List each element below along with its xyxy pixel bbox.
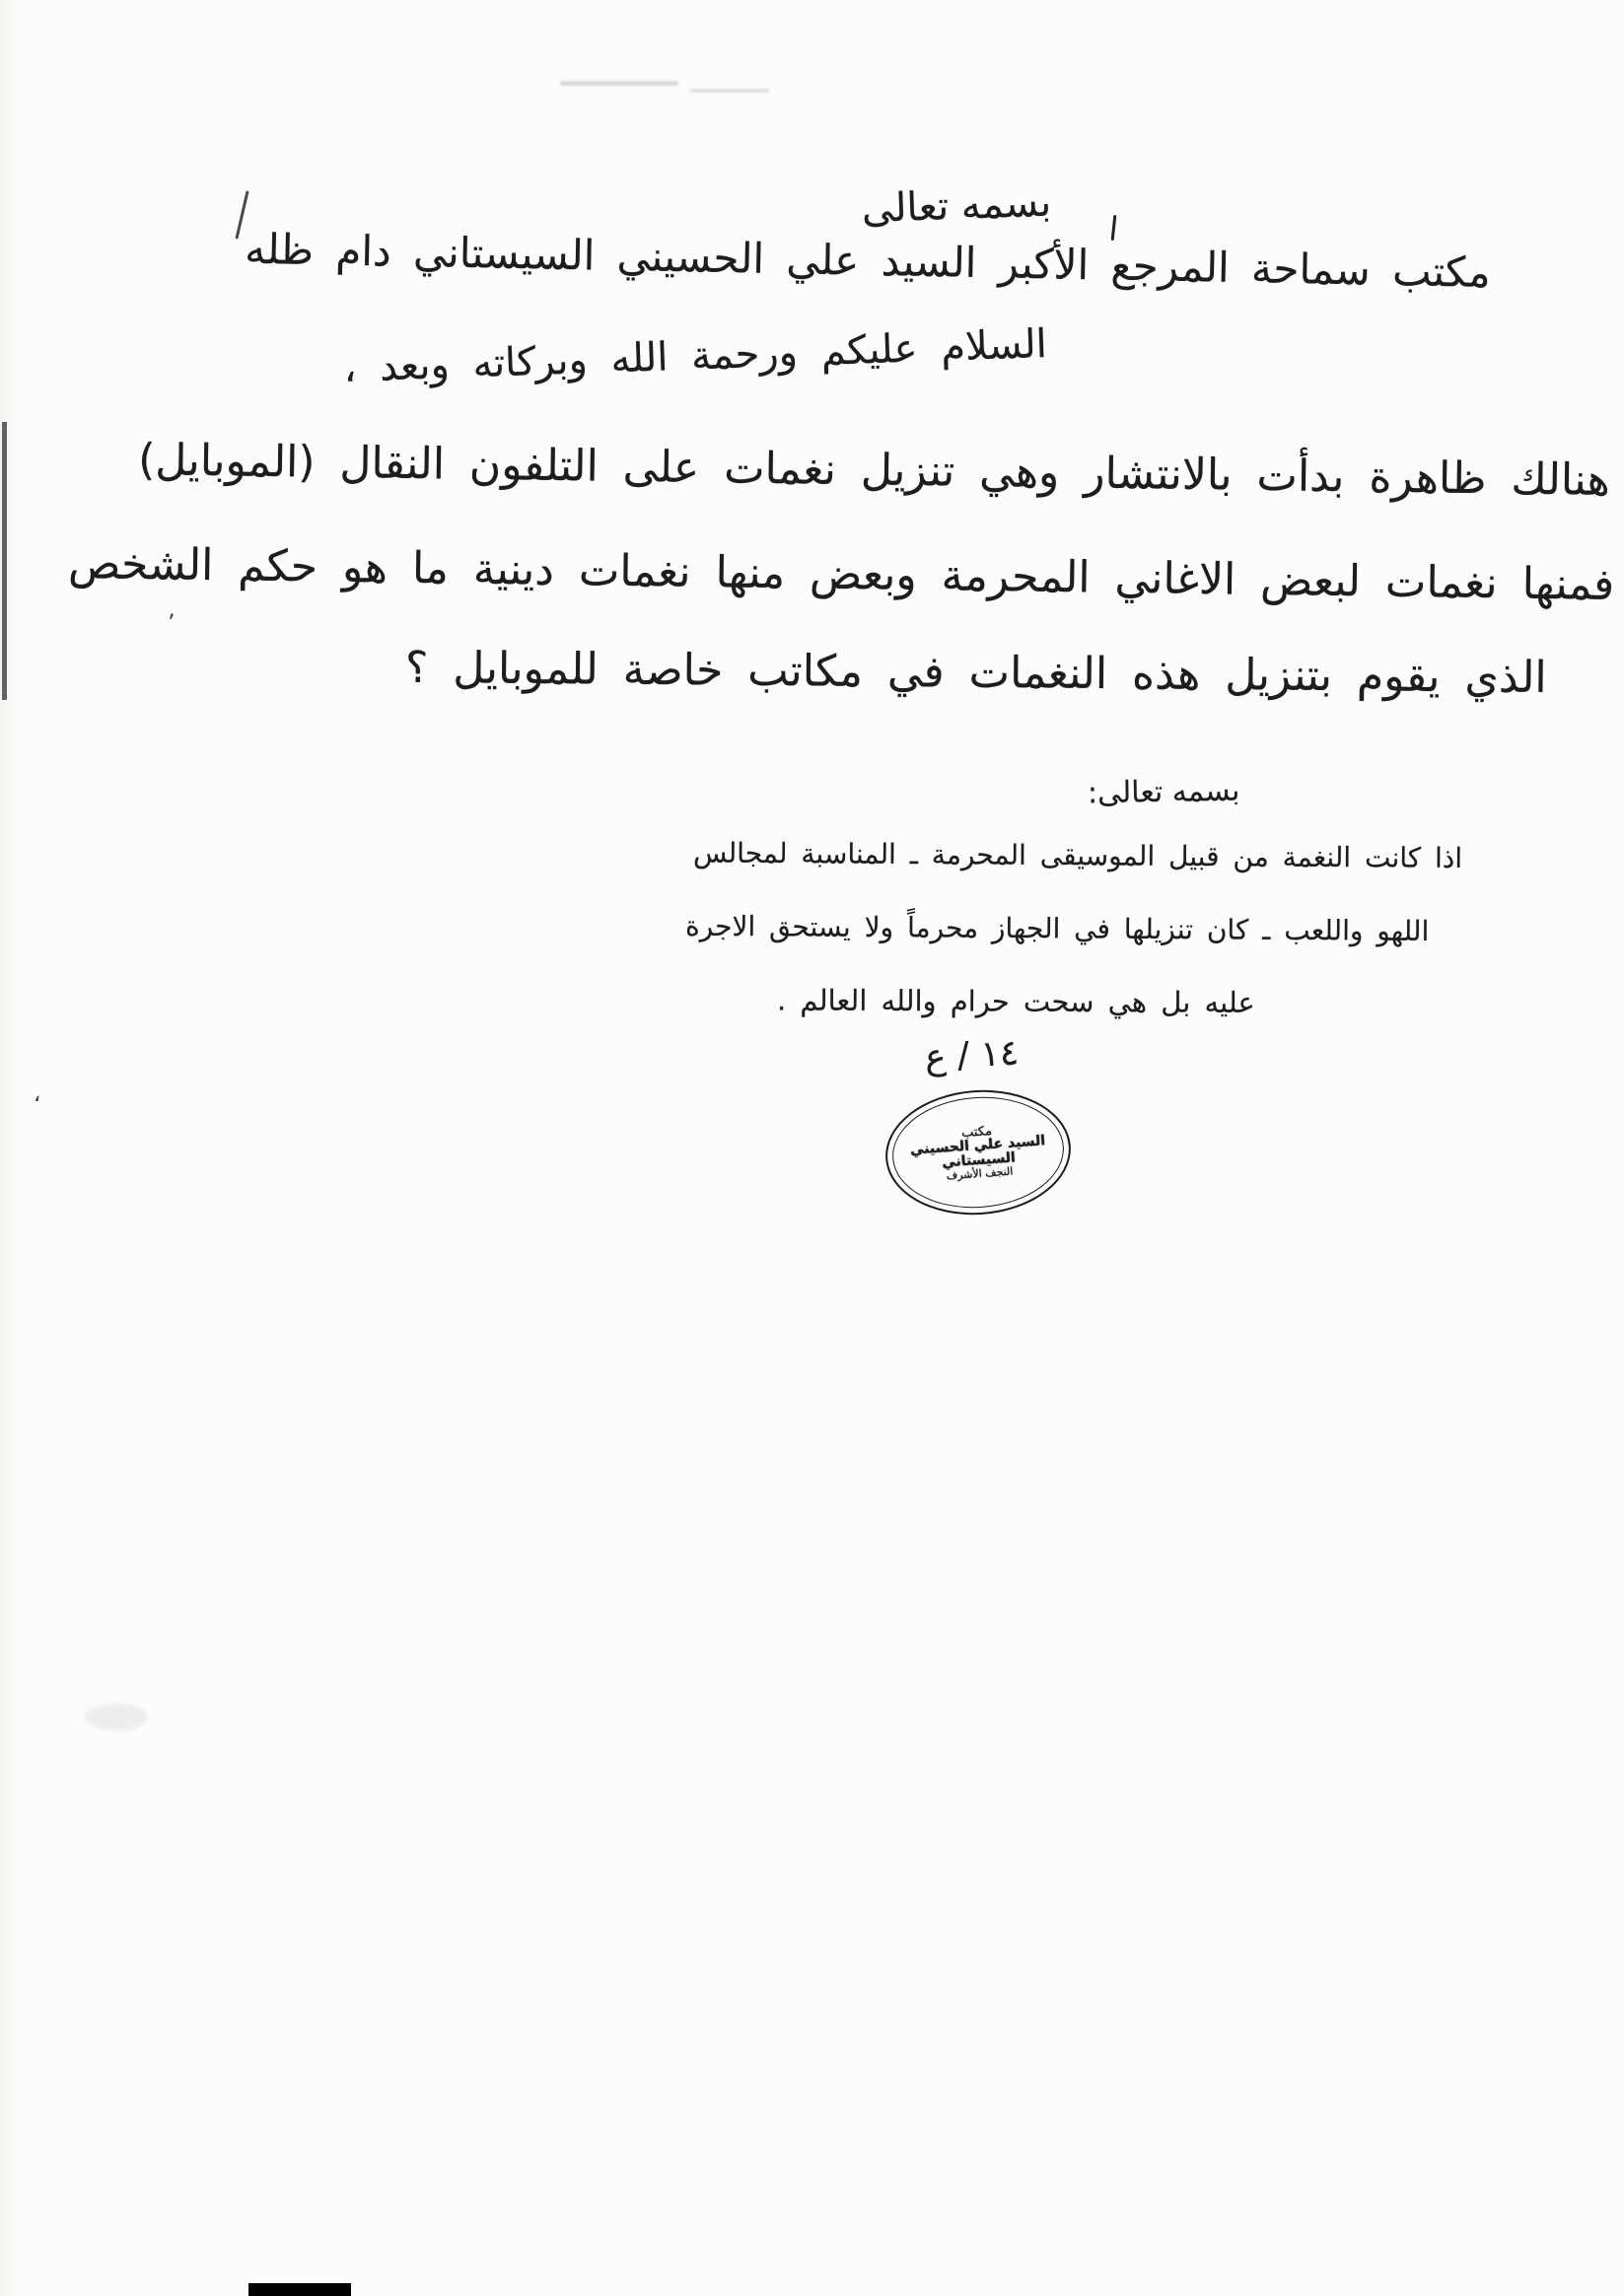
answer-reference-number: ١٤ / ع	[924, 1033, 1020, 1078]
scan-artifact-smudge	[690, 89, 769, 93]
question-line-2: فمنها نغمات لبعض الاغاني المحرمة وبعض من…	[68, 538, 1615, 610]
scan-artifact-ink-dot: ’	[168, 609, 176, 637]
scan-artifact-edge-line	[2, 422, 7, 700]
scan-artifact-faint-smudge	[85, 1704, 148, 1731]
scan-artifact-smudge	[560, 81, 678, 86]
answer-line-2: اللهو واللعب ـ كان تنزيلها في الجهاز محر…	[685, 910, 1430, 947]
basmala-header: بسمه تعالى	[788, 177, 1124, 235]
scanned-letter-page: بسمه تعالى مكتب سماحة المرجع الأكبر السي…	[0, 0, 1624, 2296]
addressee-line: مكتب سماحة المرجع الأكبر السيد علي الحسي…	[245, 225, 1491, 297]
answer-basmala: بسمه تعالى:	[1087, 774, 1239, 811]
greeting-line: السلام عليكم ورحمة الله وبركاته وبعد ،	[343, 321, 1048, 391]
answer-line-1: اذا كانت النغمة من قبيل الموسيقى المحرمة…	[693, 837, 1462, 874]
seal-text-bottom: النجف الأشرف	[946, 1166, 1013, 1182]
answer-line-3: عليه بل هي سحت حرام والله العالم .	[777, 983, 1255, 1019]
office-seal-stamp: مكتب السيد علي الحسيني السيستاني النجف ا…	[882, 1084, 1075, 1221]
question-line-3: الذي يقوم بتنزيل هذه النغمات في مكاتب خا…	[405, 643, 1547, 703]
scan-artifact-ink-dot: ،	[34, 1082, 40, 1107]
scan-artifact-bottom-bar	[248, 2283, 351, 2296]
question-line-1: هنالك ظاهرة بدأت بالانتشار وهي تنزيل نغم…	[138, 435, 1610, 506]
